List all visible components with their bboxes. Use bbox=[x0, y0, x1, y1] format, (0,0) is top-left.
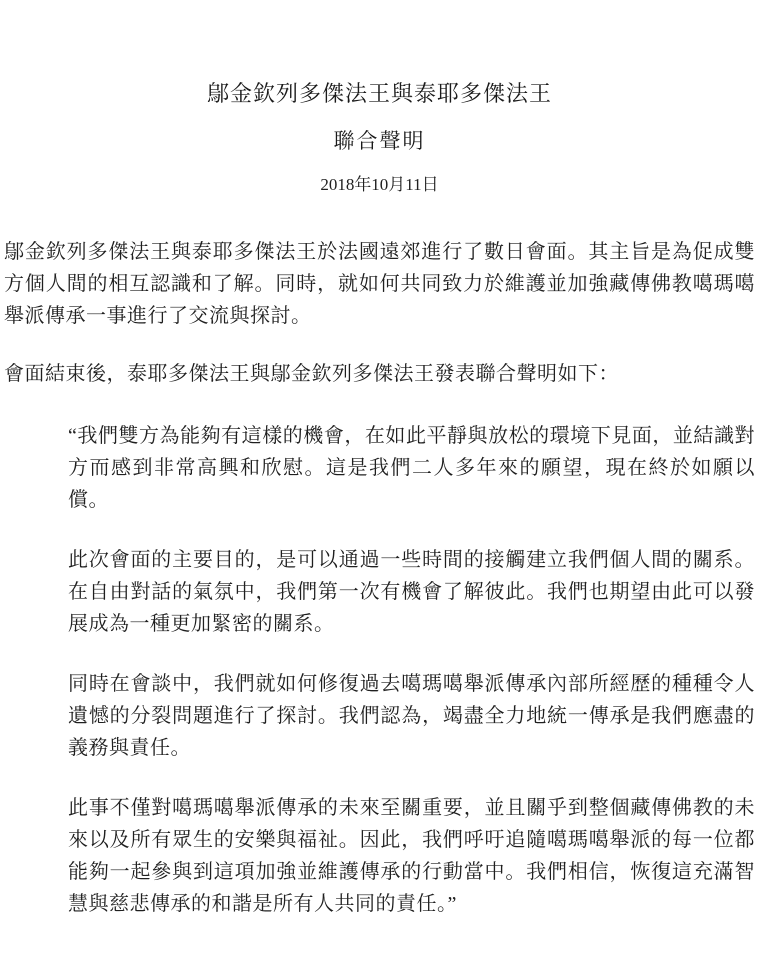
document-date: 2018年10月11日 bbox=[4, 174, 755, 196]
intro-paragraph-2: 會面結束後，泰耶多傑法王與鄔金欽列多傑法王發表聯合聲明如下： bbox=[4, 358, 755, 390]
document-page: 鄔金欽列多傑法王與泰耶多傑法王 聯合聲明 2018年10月11日 鄔金欽列多傑法… bbox=[0, 0, 761, 960]
intro-paragraph-1: 鄔金欽列多傑法王與泰耶多傑法王於法國遠郊進行了數日會面。其主旨是為促成雙方個人間… bbox=[4, 236, 755, 332]
quote-paragraph-1: “我們雙方為能夠有這樣的機會，在如此平靜與放松的環境下見面，並結識對方而感到非常… bbox=[68, 420, 755, 516]
quote-paragraph-2: 此次會面的主要目的，是可以通過一些時間的接觸建立我們個人間的關系。在自由對話的氣… bbox=[68, 544, 755, 640]
quote-paragraph-4: 此事不僅對噶瑪噶舉派傳承的未來至關重要，並且關乎到整個藏傳佛教的未來以及所有眾生… bbox=[68, 792, 755, 920]
document-body: 鄔金欽列多傑法王與泰耶多傑法王於法國遠郊進行了數日會面。其主旨是為促成雙方個人間… bbox=[4, 236, 755, 920]
document-subtitle: 聯合聲明 bbox=[4, 128, 755, 154]
document-title: 鄔金欽列多傑法王與泰耶多傑法王 bbox=[4, 80, 755, 108]
joint-statement-quote: “我們雙方為能夠有這樣的機會，在如此平靜與放松的環境下見面，並結識對方而感到非常… bbox=[68, 420, 755, 920]
quote-paragraph-3: 同時在會談中，我們就如何修復過去噶瑪噶舉派傳承內部所經歷的種種令人遺憾的分裂問題… bbox=[68, 668, 755, 764]
